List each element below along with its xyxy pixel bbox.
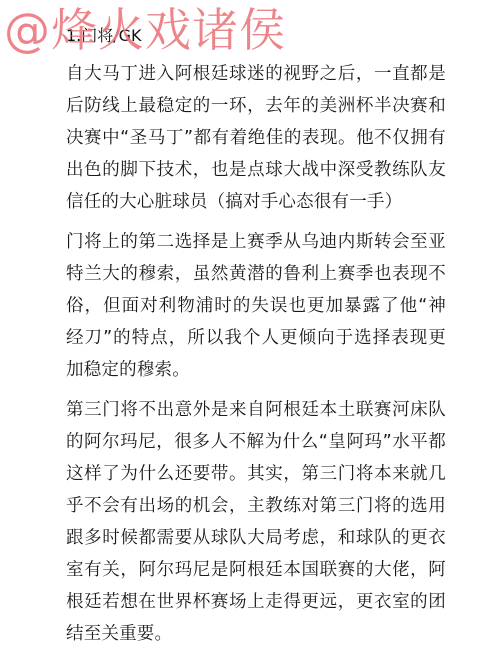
section-title: 1.门将/GK xyxy=(66,22,446,50)
article-body: 1.门将/GK 自大马丁进入阿根廷球迷的视野之后，一直都是后防线上最稳定的一环，… xyxy=(66,22,446,654)
paragraph-first-choice-goalkeeper: 自大马丁进入阿根廷球迷的视野之后，一直都是后防线上最稳定的一环，去年的美洲杯半决… xyxy=(66,58,446,218)
paragraph-third-choice-goalkeeper: 第三门将不出意外是来自阿根廷本土联赛河床队的阿尔玛尼，很多人不解为什么“皇阿玛”… xyxy=(66,394,446,650)
paragraph-second-choice-goalkeeper: 门将上的第二选择是上赛季从乌迪内斯转会至亚特兰大的穆索，虽然黄潜的鲁利上赛季也表… xyxy=(66,226,446,386)
